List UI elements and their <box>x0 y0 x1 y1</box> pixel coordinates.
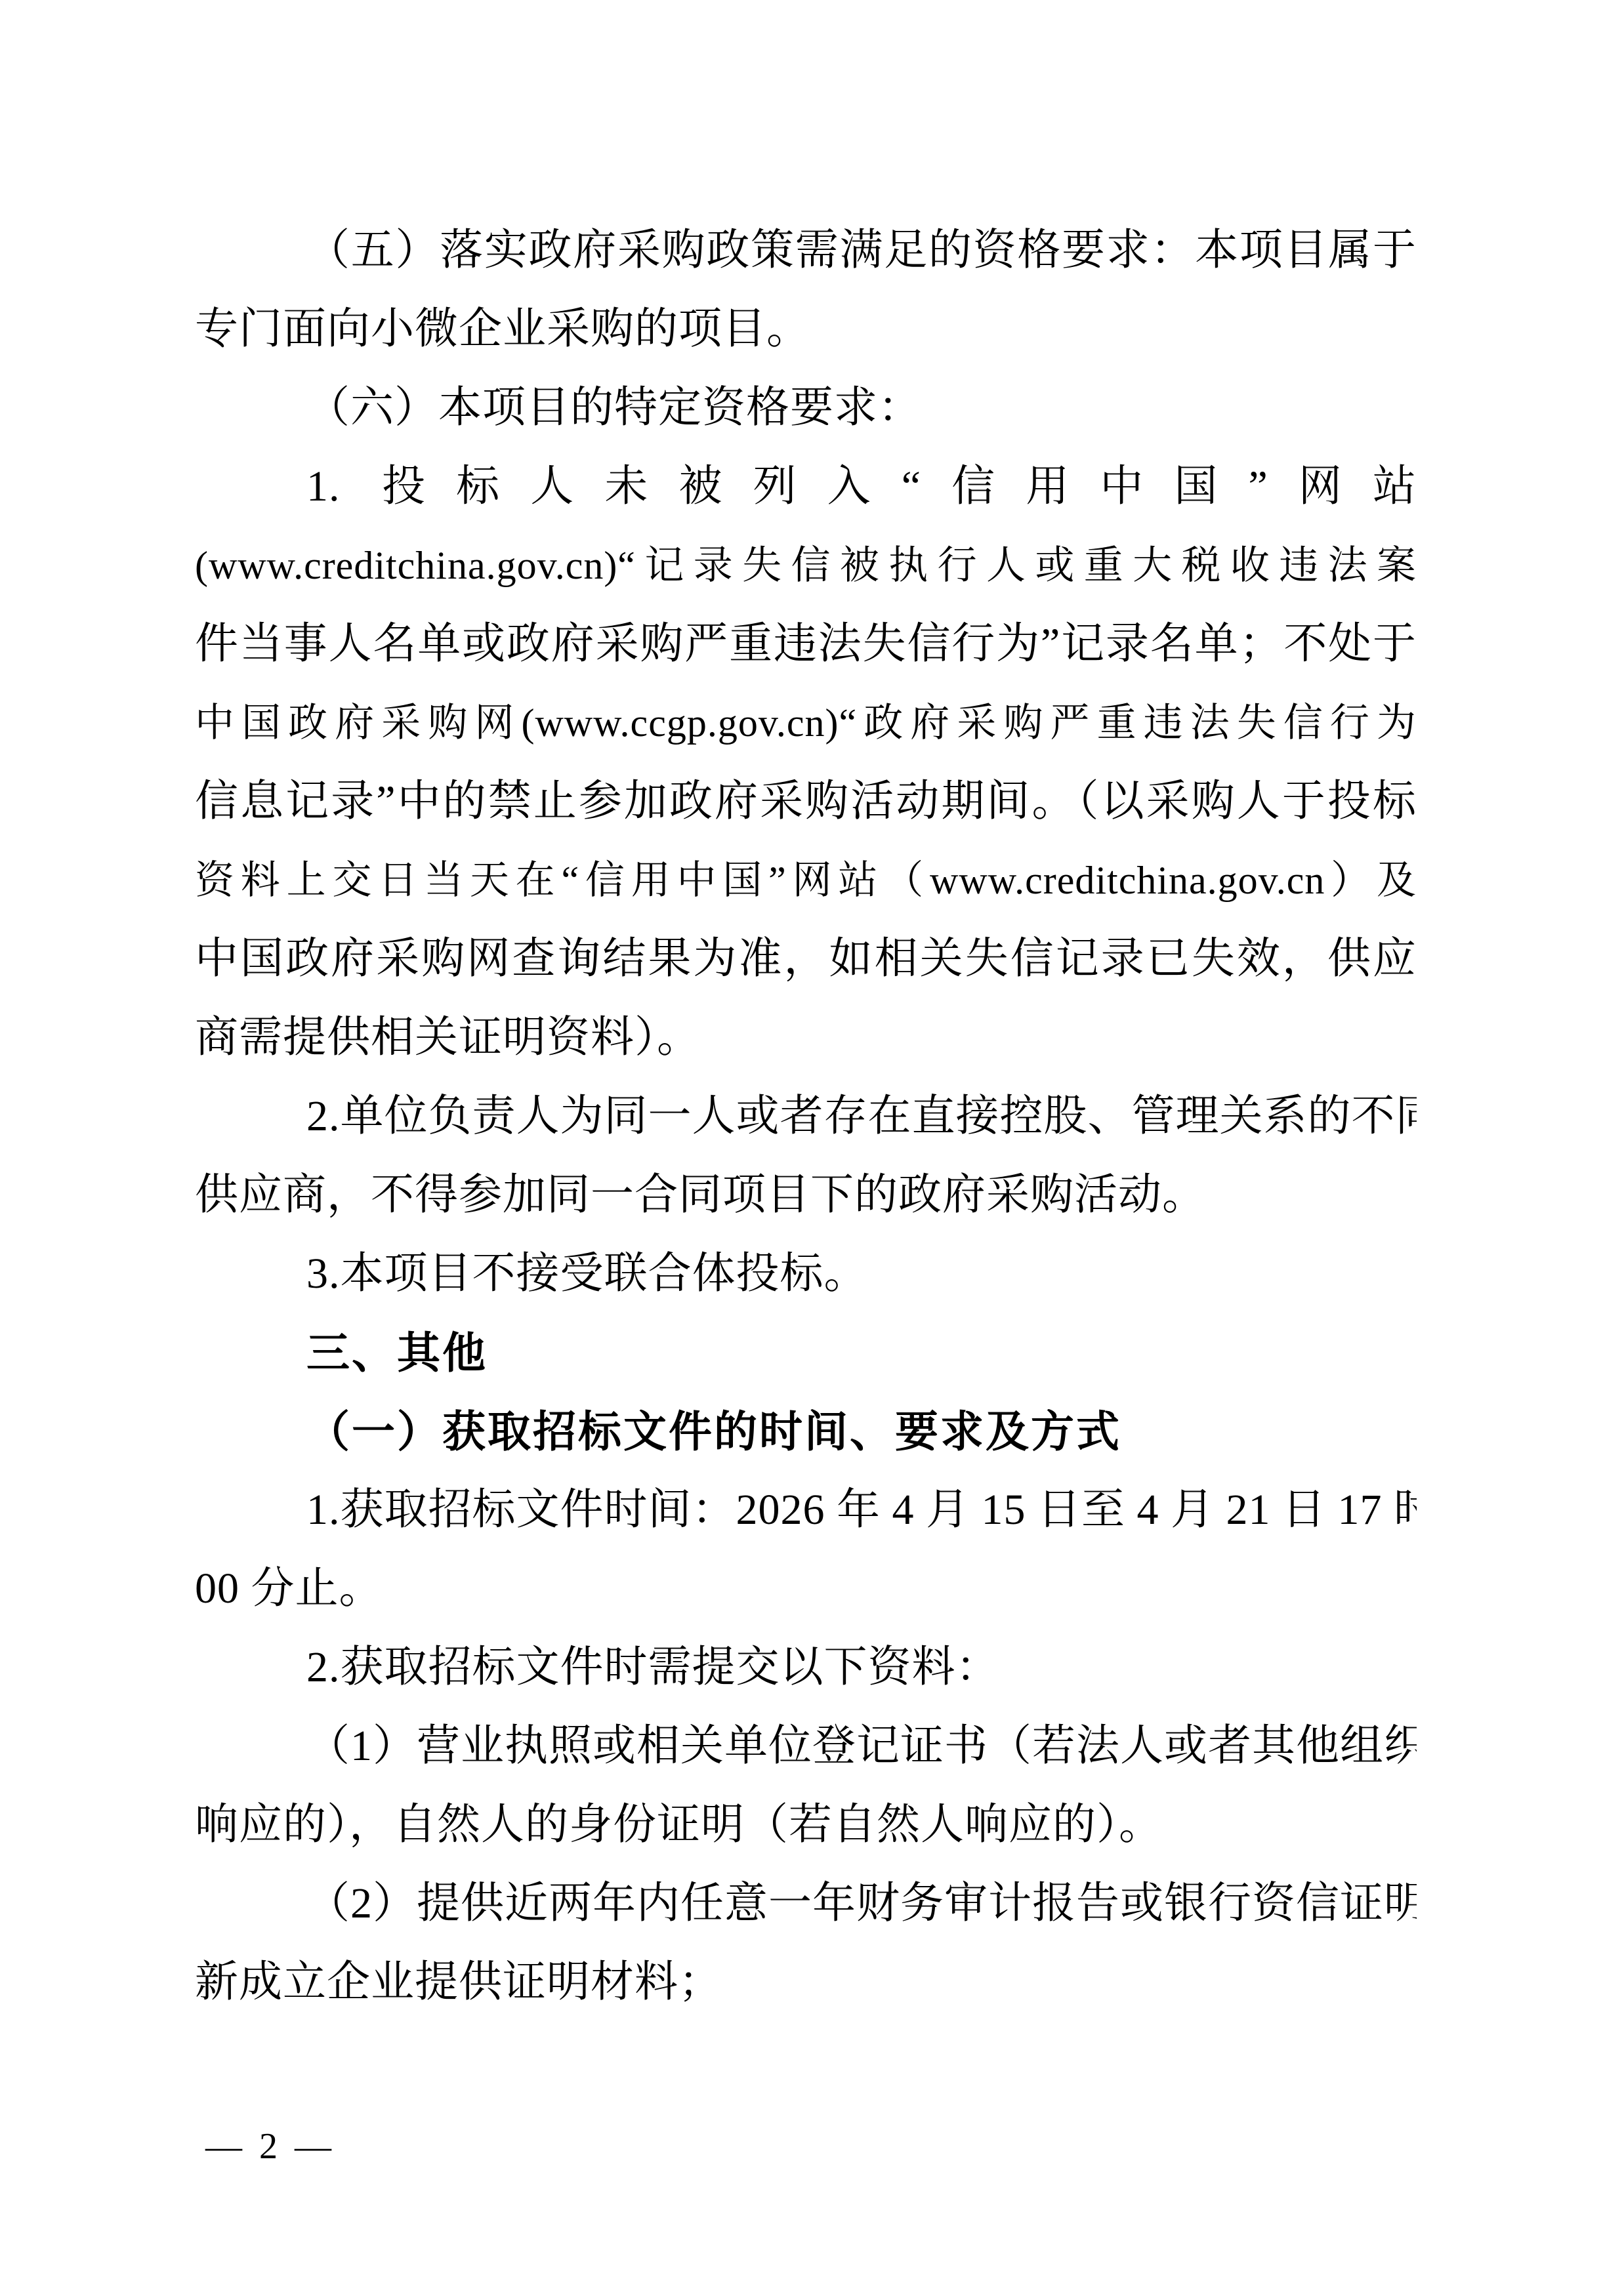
paragraph-line: 2.获取招标文件时需提交以下资料： <box>195 1628 1417 1707</box>
paragraph-line: （五）落实政府采购政策需满足的资格要求：本项目属于 <box>195 211 1417 290</box>
paragraph-line: （六）本项目的特定资格要求： <box>195 369 1417 447</box>
paragraph-line: 信息记录”中的禁止参加政府采购活动期间。（以采购人于投标 <box>195 762 1417 841</box>
paragraph-line: 响应的），自然人的身份证明（若自然人响应的）。 <box>195 1786 1417 1864</box>
paragraph-line: 1.获取招标文件时间：2026 年 4 月 15 日至 4 月 21 日 17 … <box>195 1471 1417 1549</box>
paragraph-line: 2.单位负责人为同一人或者存在直接控股、管理关系的不同 <box>195 1077 1417 1156</box>
paragraph-line: （2）提供近两年内任意一年财务审计报告或银行资信证明； <box>195 1864 1417 1943</box>
paragraph-line: 商需提供相关证明资料）。 <box>195 998 1417 1077</box>
paragraph-line: 资料上交日当天在“信用中国”网站（www.creditchina.gov.cn）… <box>195 841 1417 920</box>
paragraph-line: 新成立企业提供证明材料； <box>195 1943 1417 2022</box>
paragraph-line: 3.本项目不接受联合体投标。 <box>195 1235 1417 1313</box>
paragraph-line: 1. 投标人未被列入“信用中国”网站 <box>195 447 1417 526</box>
section-heading: （一）获取招标文件的时间、要求及方式 <box>195 1392 1417 1471</box>
paragraph-line: 件当事人名单或政府采购严重违法失信行为”记录名单；不处于 <box>195 605 1417 684</box>
paragraph-line: 中国政府采购网(www.ccgp.gov.cn)“政府采购严重违法失信行为 <box>195 684 1417 762</box>
paragraph-line: (www.creditchina.gov.cn)“记录失信被执行人或重大税收违法… <box>195 526 1417 605</box>
document-page: （五）落实政府采购政策需满足的资格要求：本项目属于 专门面向小微企业采购的项目。… <box>0 0 1624 2296</box>
paragraph-line: （1）营业执照或相关单位登记证书（若法人或者其他组织 <box>195 1707 1417 1786</box>
paragraph-line: 供应商，不得参加同一合同项目下的政府采购活动。 <box>195 1156 1417 1235</box>
document-body: （五）落实政府采购政策需满足的资格要求：本项目属于 专门面向小微企业采购的项目。… <box>195 211 1417 2022</box>
paragraph-line: 专门面向小微企业采购的项目。 <box>195 290 1417 369</box>
page-number: — 2 — <box>205 2114 335 2179</box>
paragraph-line: 中国政府采购网查询结果为准，如相关失信记录已失效，供应 <box>195 920 1417 998</box>
section-heading: 三、其他 <box>195 1313 1417 1392</box>
paragraph-line: 00 分止。 <box>195 1549 1417 1628</box>
